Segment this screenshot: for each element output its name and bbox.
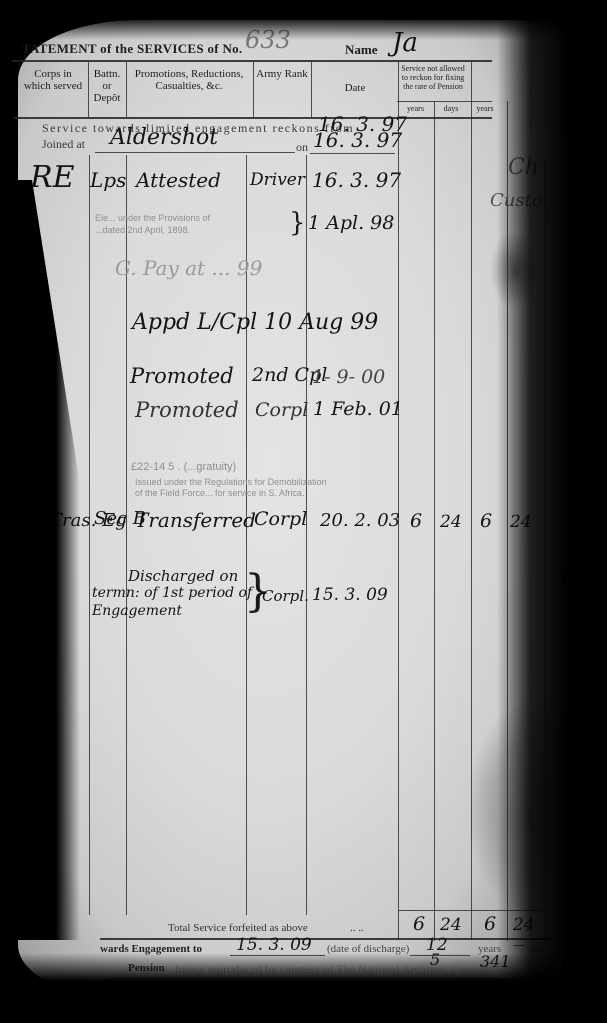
totals-years2: 6: [484, 913, 496, 935]
header-top-rule: [12, 60, 492, 62]
entry-rank: Corpl.: [262, 587, 309, 605]
col-header-promotions: Promotions, Reductions, Casualties, &c.: [128, 68, 250, 92]
faint-entry: G. Pay at ... 99: [115, 256, 262, 280]
entry-rank: Corpl: [254, 508, 307, 530]
subheader-years2: years: [470, 104, 500, 113]
column-line-days: [434, 101, 435, 941]
header-divider: [253, 62, 254, 117]
col-header-rank: Army Rank: [254, 68, 310, 80]
name-label: Name: [345, 42, 378, 58]
gratuity-amount: £22-14 5 . (...gratuity): [131, 461, 236, 473]
joined-date: 16. 3. 97: [313, 128, 402, 152]
engagement-date: 15. 3. 09: [236, 935, 312, 955]
column-line-years: [398, 60, 399, 940]
header-divider: [88, 62, 89, 117]
totals-dots: .. ..: [350, 922, 364, 934]
joined-place-underline: [95, 152, 295, 153]
stamp-line-1: Ele... under the Provisions of: [95, 213, 210, 223]
col-header-service-not-allowed: Service not allowed to reckon for fixing…: [398, 64, 468, 91]
vignette-right: [497, 0, 607, 1023]
header-divider: [126, 62, 127, 117]
discharge-line-2: termn: of 1st period of: [92, 585, 252, 601]
column-line-battn: [89, 155, 90, 915]
stamp-brace: }: [289, 208, 306, 238]
entry-rank: Driver: [250, 170, 305, 190]
entry-date: 16. 3. 97: [312, 168, 401, 192]
entry-years: 6: [410, 510, 422, 532]
col-header-date: Date: [320, 82, 390, 94]
gratuity-line-2: of the Field Force... for service in S. …: [135, 488, 305, 498]
entry-rank: Corpl: [255, 399, 308, 421]
entry-battn: Lps: [90, 168, 126, 192]
entry-date: 1- 9- 00: [312, 366, 385, 388]
joined-at-place: Aldershot: [110, 125, 218, 150]
totals-days: 24: [440, 915, 462, 935]
totals-label: Total Service forfeited as above: [168, 922, 308, 934]
scanned-page: TATEMENT of the SERVICES of No. 633 Name…: [0, 0, 607, 1023]
totals-bottom-rule: [100, 938, 550, 940]
entry-event: Appd L/Cpl 10 Aug 99: [132, 310, 378, 335]
column-line-date: [306, 155, 307, 915]
column-line-years2: [471, 60, 472, 940]
entry-event: Promoted: [135, 398, 239, 422]
joined-at-label: Joined at: [42, 137, 85, 152]
totals-years: 6: [413, 913, 425, 935]
header-divider: [311, 62, 312, 117]
entry-corps: RE: [30, 160, 75, 195]
entry-event: Transferred: [135, 508, 256, 532]
entry-date: 20. 2. 03: [320, 510, 400, 531]
on-label: on: [296, 140, 308, 155]
joined-date-underline: [310, 153, 395, 154]
entry-date: 1 Feb. 01: [313, 398, 403, 420]
stamp-line-2: ...dated 2nd April, 1898.: [95, 225, 190, 235]
entry-days: 24: [440, 512, 462, 532]
discharge-line-1: Discharged on: [128, 567, 238, 585]
vignette-bottom: [0, 953, 607, 1023]
discharge-line-3: Engagement: [92, 603, 182, 619]
entry-date: 15. 3. 09: [312, 585, 388, 605]
col-header-battn: Battn. or Depôt: [89, 68, 125, 104]
document-title: TATEMENT of the SERVICES of No.: [22, 41, 242, 57]
subheader-days: days: [434, 104, 468, 113]
entry-event: Attested: [136, 168, 221, 192]
entry-event: Promoted: [130, 364, 234, 388]
gratuity-line-1: Issued under the Regulations for Demobil…: [135, 477, 327, 487]
header-bottom-rule: [14, 117, 492, 119]
entry-years2: 6: [480, 510, 492, 532]
col-header-corps: Corps in which served: [20, 68, 86, 92]
subheader-rule: [397, 101, 492, 102]
entry-date: 1 Apl. 98: [308, 212, 394, 234]
